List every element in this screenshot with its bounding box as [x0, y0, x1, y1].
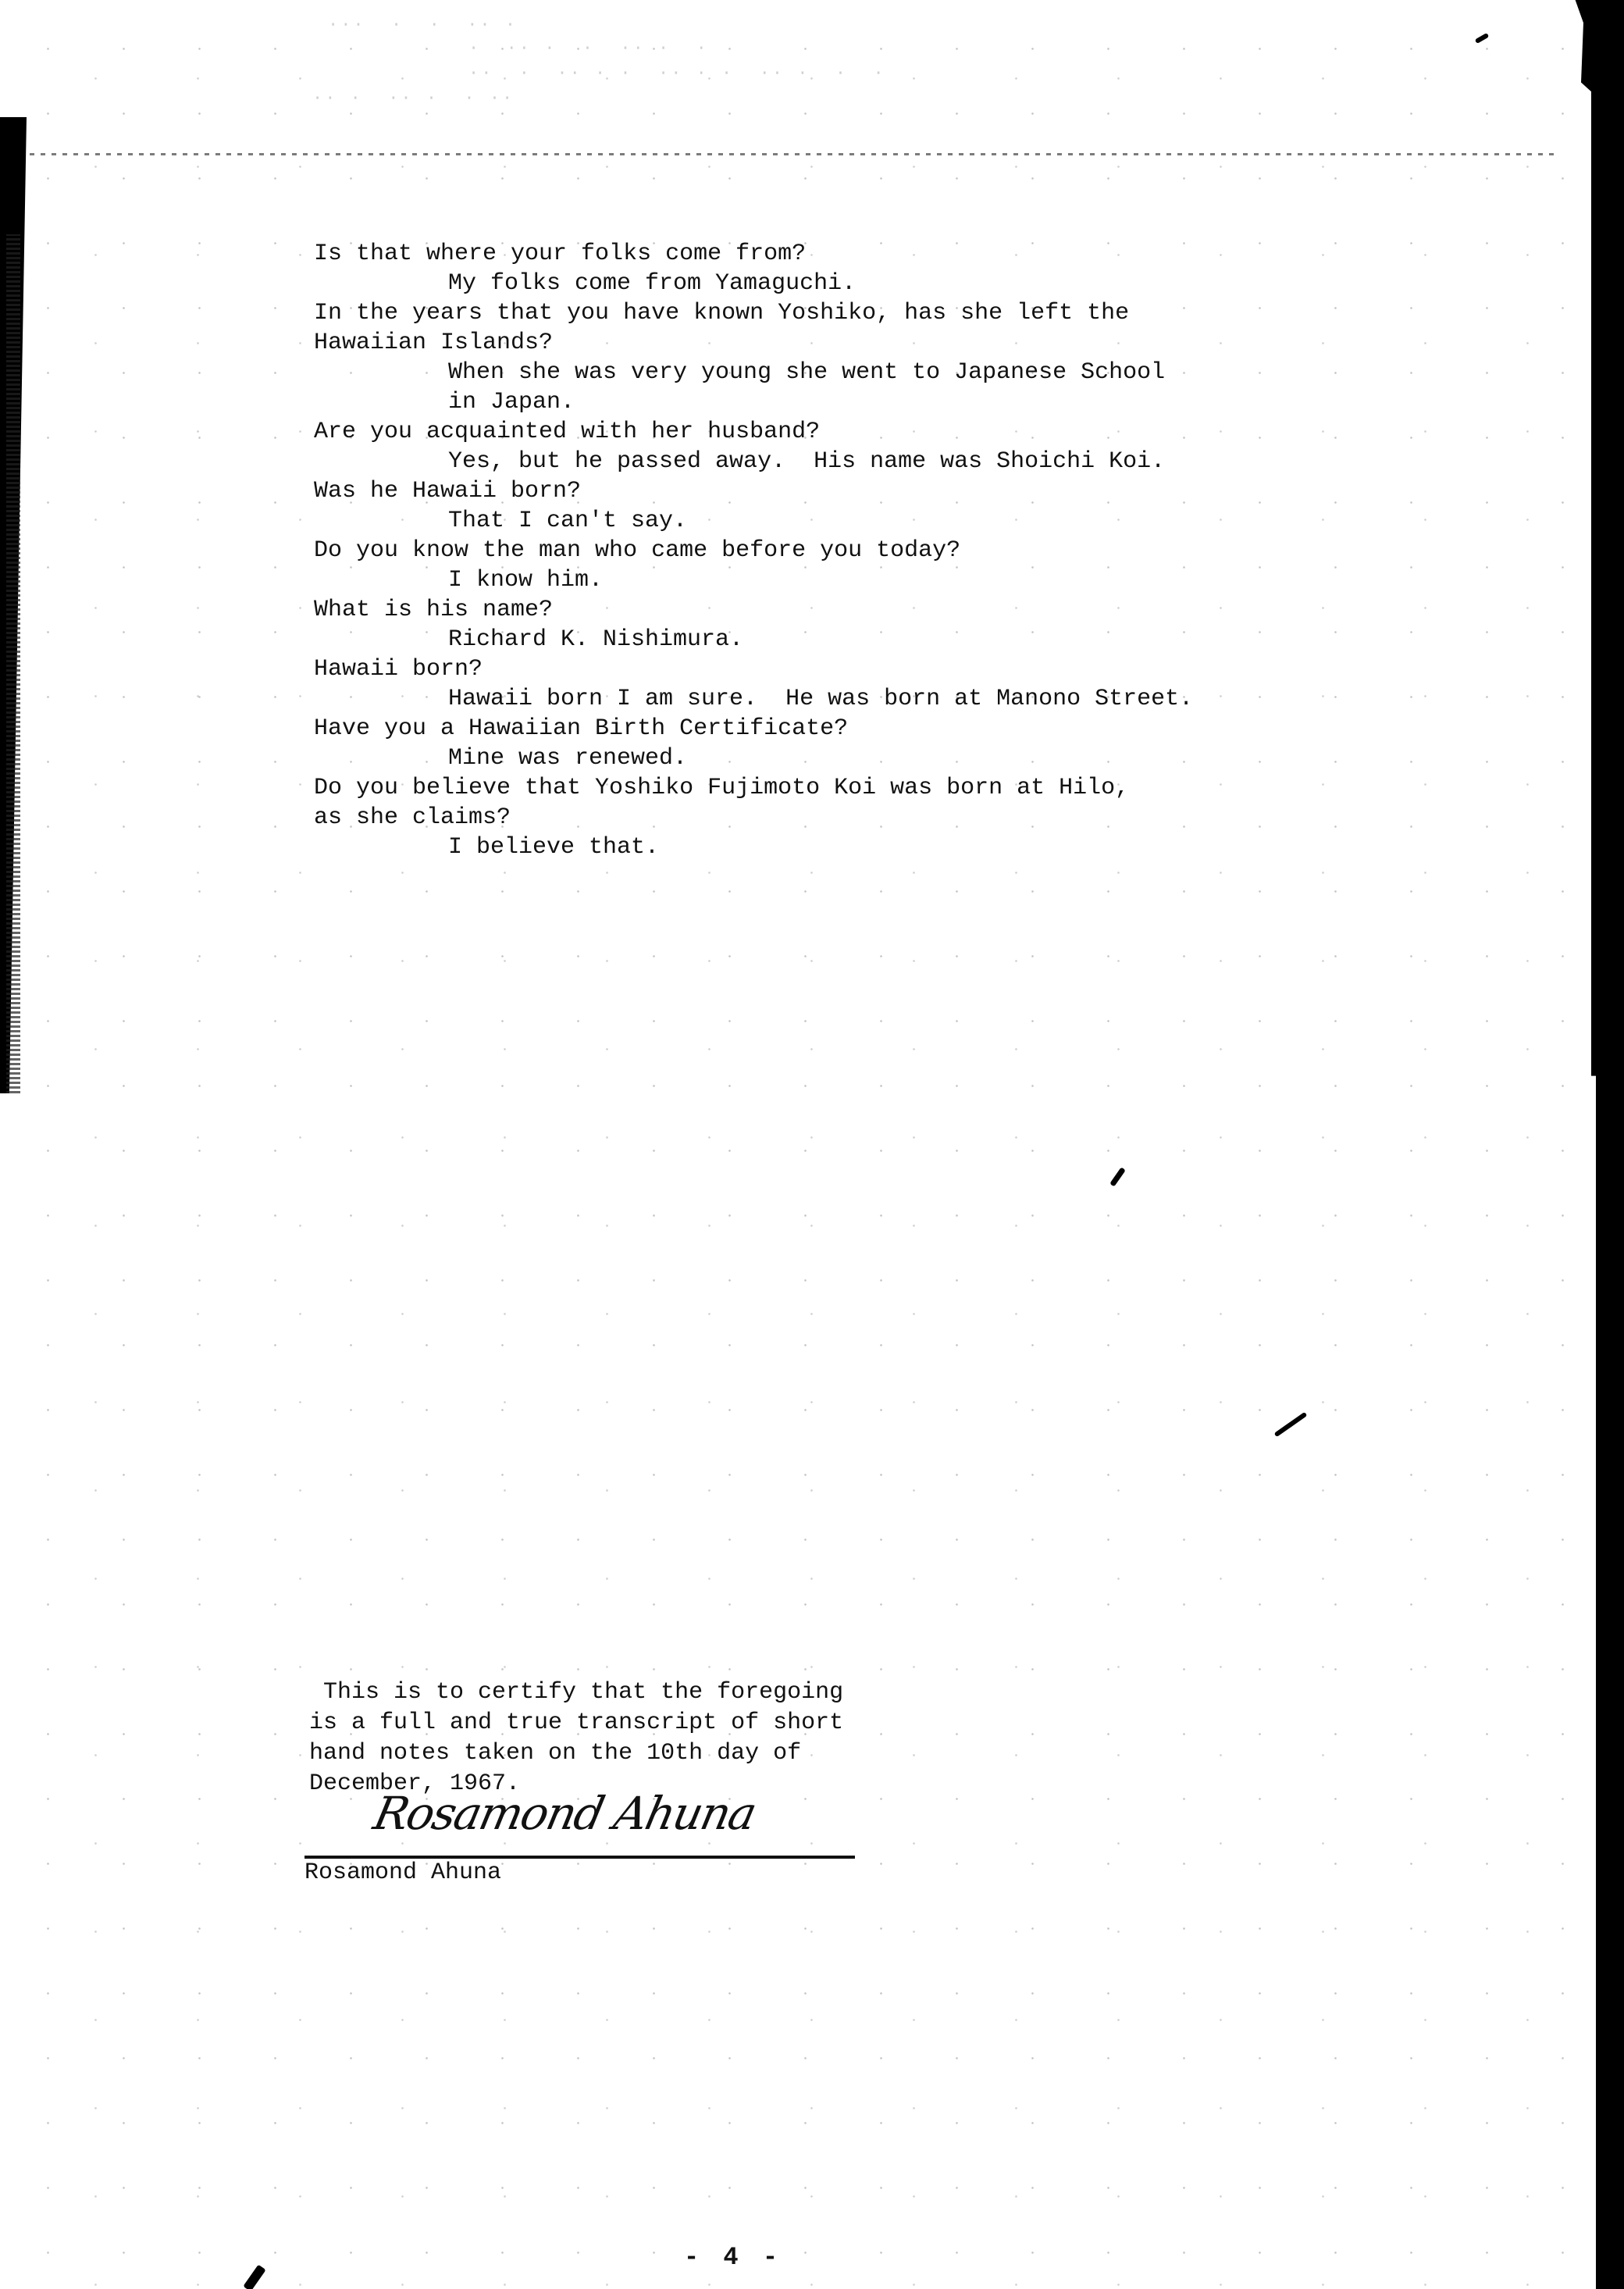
- answer-line: My folks come from Yamaguchi.: [314, 269, 1193, 298]
- scan-edge-right: [1522, 0, 1624, 2289]
- bleed-through-text: ·· · ·· · · ·· · · ·· · · ·: [468, 62, 886, 82]
- answer-line: Mine was renewed.: [314, 743, 1193, 773]
- signer-name: Rosamond Ahuna: [304, 1859, 501, 1887]
- question-line: In the years that you have known Yoshiko…: [314, 298, 1193, 328]
- page-fold-line: [8, 153, 1558, 155]
- answer-line: I know him.: [314, 565, 1193, 595]
- bleed-through-text: ··· · · ·· ·: [328, 14, 518, 34]
- page-number: - 4 -: [684, 2243, 782, 2272]
- answer-line: Richard K. Nishimura.: [314, 625, 1193, 654]
- stray-mark: [1109, 1167, 1126, 1186]
- handwritten-signature: Rosamond Ahuna: [369, 1787, 760, 1840]
- stray-mark: [243, 2265, 265, 2289]
- answer-line: I believe that.: [314, 833, 1193, 862]
- question-line: Do you know the man who came before you …: [314, 536, 1193, 565]
- question-line: as she claims?: [314, 803, 1193, 833]
- question-line: Are you acquainted with her husband?: [314, 417, 1193, 447]
- answer-line: When she was very young she went to Japa…: [314, 358, 1193, 387]
- scan-edge-left-texture: [6, 234, 20, 1093]
- question-line: Hawaiian Islands?: [314, 328, 1193, 358]
- certification-line: This is to certify that the foregoing: [309, 1678, 843, 1708]
- certification-block: This is to certify that the foregoingis …: [309, 1678, 843, 1799]
- question-line: Do you believe that Yoshiko Fujimoto Koi…: [314, 773, 1193, 803]
- question-line: Is that where your folks come from?: [314, 239, 1193, 269]
- certification-line: hand notes taken on the 10th day of: [309, 1738, 843, 1769]
- bleed-through-text: ·· · ·· · · ··: [312, 87, 515, 107]
- answer-line: Hawaii born I am sure. He was born at Ma…: [314, 684, 1193, 714]
- answer-line: Yes, but he passed away. His name was Sh…: [314, 447, 1193, 476]
- bleed-through-text: · ·· · · ·· · ·: [468, 37, 709, 57]
- stray-mark: [1274, 1412, 1308, 1437]
- question-line: Have you a Hawaiian Birth Certificate?: [314, 714, 1193, 743]
- question-line: What is his name?: [314, 595, 1193, 625]
- certification-line: is a full and true transcript of short: [309, 1708, 843, 1738]
- answer-line: in Japan.: [314, 387, 1193, 417]
- answer-line: That I can't say.: [314, 506, 1193, 536]
- scanned-page: ··· · · ·· · · ·· · · ·· · · ·· · ·· · ·…: [0, 0, 1624, 2289]
- question-line: Was he Hawaii born?: [314, 476, 1193, 506]
- transcript-body: Is that where your folks come from?My fo…: [314, 239, 1193, 862]
- stray-mark: [1475, 33, 1490, 44]
- signature-block: Rosamond Ahuna Rosamond Ahuna: [304, 1787, 859, 1873]
- question-line: Hawaii born?: [314, 654, 1193, 684]
